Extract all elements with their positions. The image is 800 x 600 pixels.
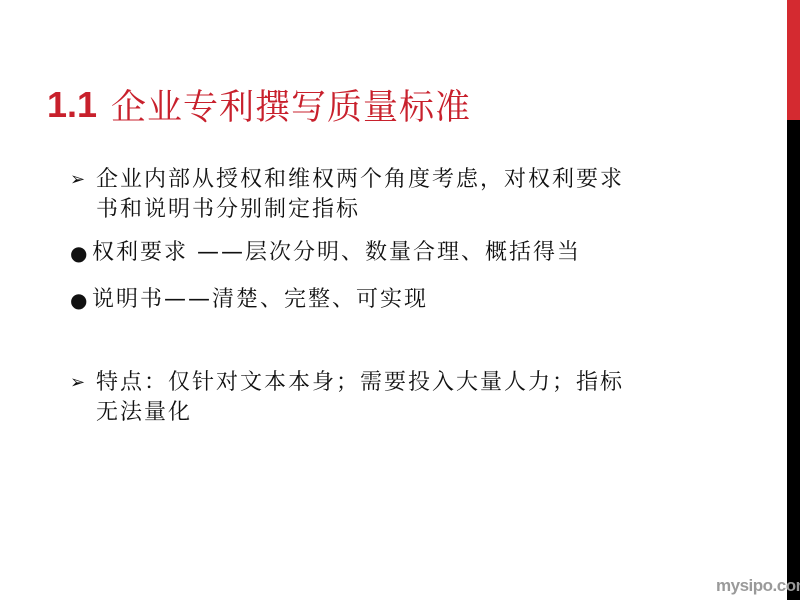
dot-bullet-icon: ● (70, 285, 92, 315)
list-item: ● 权利要求 ——层次分明、数量合理、概括得当 (70, 238, 581, 268)
list-item: ➢ 企业内部从授权和维权两个角度考虑，对权利要求 书和说明书分别制定指标 (70, 165, 624, 225)
item-text-line: 书和说明书分别制定指标 (96, 195, 624, 225)
list-item: ● 说明书——清楚、完整、可实现 (70, 285, 428, 315)
slide-title: 1.1 企业专利撰写质量标准 (47, 80, 471, 130)
item-text-line: 企业内部从授权和维权两个角度考虑，对权利要求 (96, 165, 624, 195)
list-item: ➢ 特点：仅针对文本本身；需要投入大量人力；指标 无法量化 (70, 368, 624, 428)
item-text-line: 无法量化 (96, 398, 624, 428)
dot-bullet-icon: ● (70, 238, 92, 268)
item-text-line: 权利要求 ——层次分明、数量合理、概括得当 (92, 238, 581, 268)
watermark: mysipo.com (716, 576, 800, 596)
title-number: 1.1 (47, 84, 97, 126)
item-text-line: 说明书——清楚、完整、可实现 (92, 285, 428, 315)
title-text: 企业专利撰写质量标准 (111, 80, 471, 130)
accent-bar-black (787, 120, 800, 600)
item-text-line: 特点：仅针对文本本身；需要投入大量人力；指标 (96, 368, 624, 398)
arrow-bullet-icon: ➢ (70, 165, 96, 195)
arrow-bullet-icon: ➢ (70, 368, 96, 398)
accent-bar-red (787, 0, 800, 120)
